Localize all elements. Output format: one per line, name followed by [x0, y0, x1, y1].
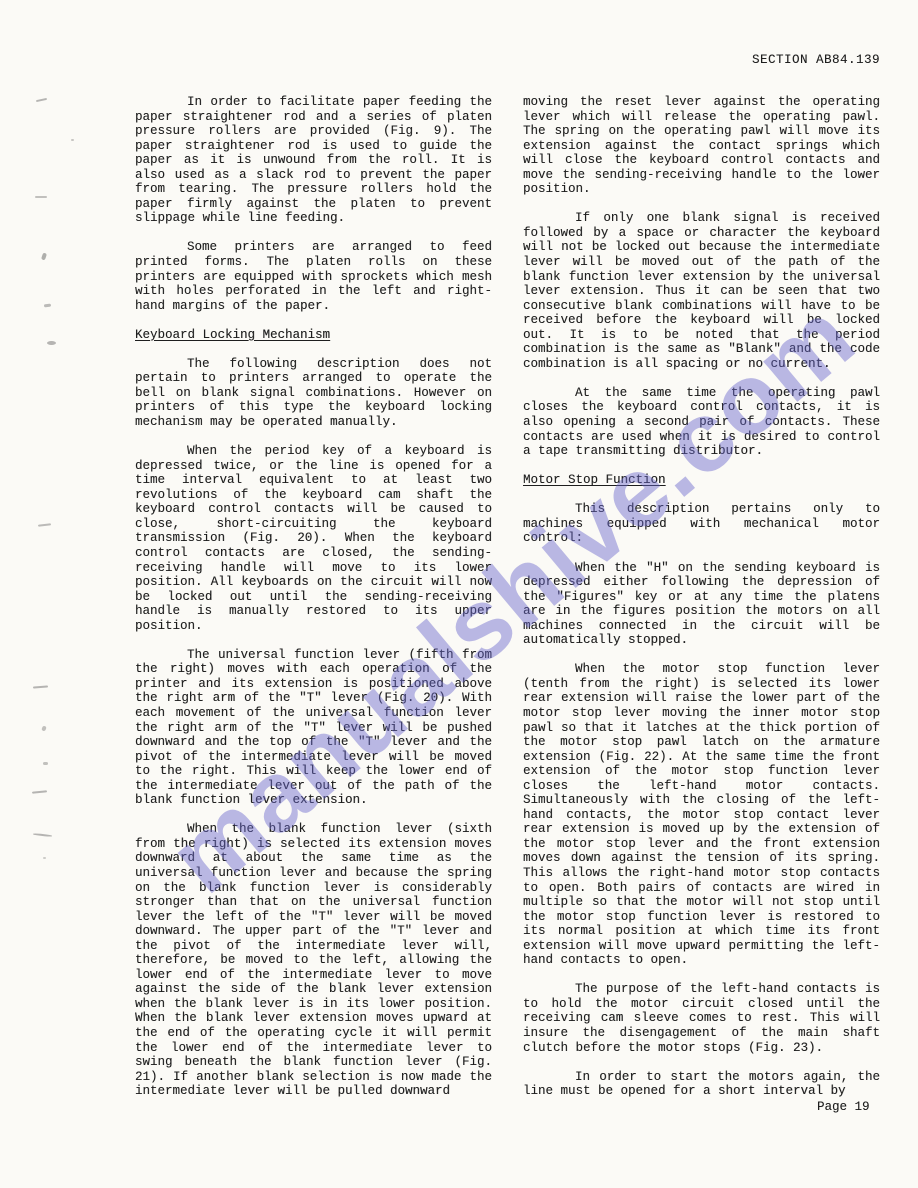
paragraph: If only one blank signal is received fol…	[523, 211, 880, 371]
document-page: SECTION AB84.139 In order to facilitate …	[0, 0, 918, 1188]
heading-keyboard-locking-mechanism: Keyboard Locking Mechanism	[135, 328, 492, 343]
paragraph: The following description does not perta…	[135, 357, 492, 430]
scan-artifact	[41, 253, 47, 261]
paragraph: The purpose of the left-hand contacts is…	[523, 982, 880, 1055]
left-column: In order to facilitate paper feeding the…	[135, 95, 492, 1113]
page-number: Page 19	[817, 1100, 870, 1115]
scan-artifact	[43, 762, 48, 765]
scan-artifact	[71, 139, 74, 141]
heading-motor-stop-function: Motor Stop Function	[523, 473, 880, 488]
paragraph: When the blank function lever (sixth fro…	[135, 822, 492, 1098]
scan-artifact	[43, 857, 46, 859]
paragraph: At the same time the operating pawl clos…	[523, 386, 880, 459]
scan-artifact	[47, 341, 56, 345]
paragraph: When the motor stop function lever (tent…	[523, 662, 880, 967]
scan-artifact	[44, 304, 51, 308]
scan-artifact	[35, 196, 47, 198]
paragraph: This description pertains only to machin…	[523, 502, 880, 546]
section-header: SECTION AB84.139	[0, 53, 880, 68]
scan-artifact	[41, 725, 46, 731]
paragraph: When the period key of a keyboard is dep…	[135, 444, 492, 633]
paragraph: Some printers are arranged to feed print…	[135, 240, 492, 313]
scan-artifact	[36, 98, 47, 102]
paragraph: The universal function lever (fifth from…	[135, 648, 492, 808]
paragraph: When the "H" on the sending keyboard is …	[523, 561, 880, 648]
paragraph: moving the reset lever against the opera…	[523, 95, 880, 197]
scan-artifact	[33, 833, 52, 837]
paragraph: In order to start the motors again, the …	[523, 1070, 880, 1099]
paragraph: In order to facilitate paper feeding the…	[135, 95, 492, 226]
scan-artifact	[32, 790, 47, 793]
right-column: moving the reset lever against the opera…	[523, 95, 880, 1113]
scan-artifact	[33, 685, 48, 688]
scan-artifact	[38, 523, 51, 526]
